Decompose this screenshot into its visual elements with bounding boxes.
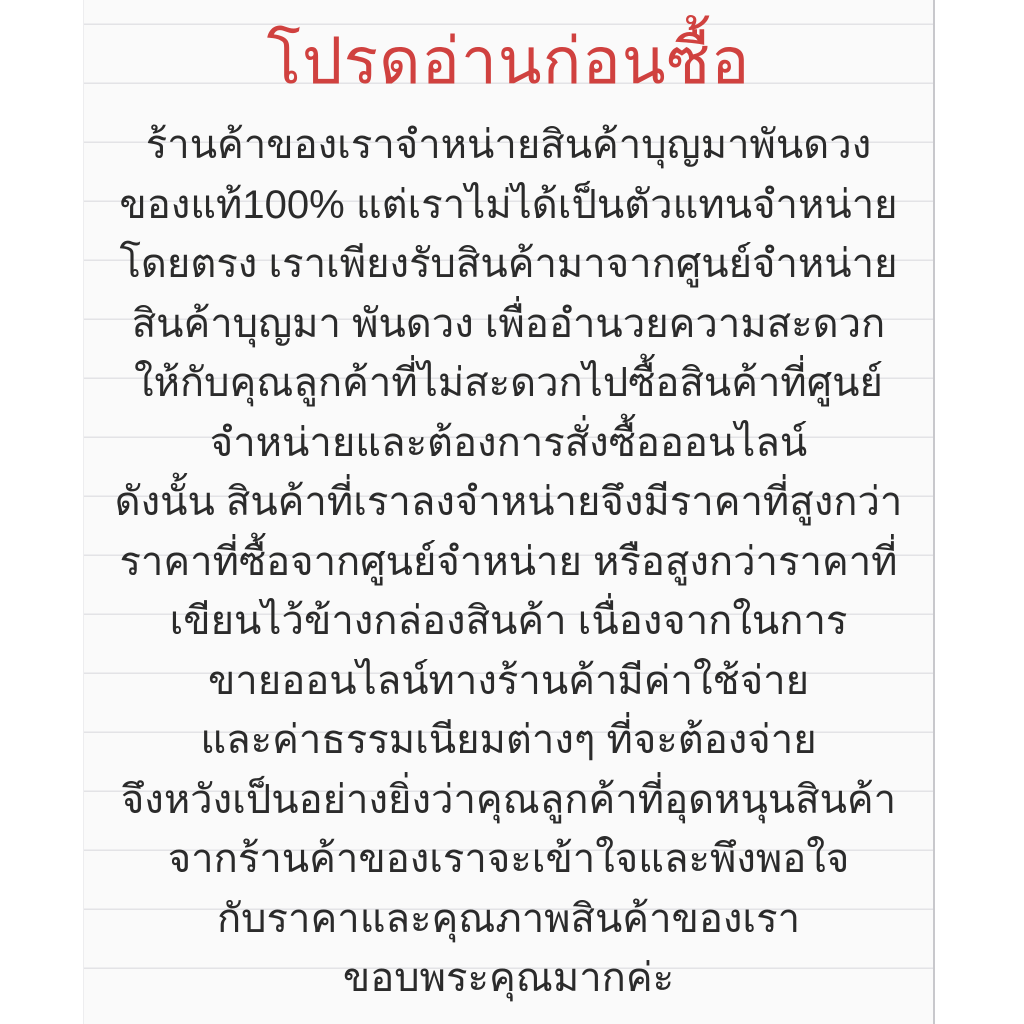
notice-line: ให้กับคุณลูกค้าที่ไม่สะดวกไปซื้อสินค้าที… <box>84 354 933 414</box>
notice-line: ดังนั้น สินค้าที่เราลงจำหน่ายจึงมีราคาที… <box>84 473 933 533</box>
notice-line: ราคาที่ซื้อจากศูนย์จำหน่าย หรือสูงกว่ารา… <box>84 533 933 593</box>
notice-line: สินค้าบุญมา พันดวง เพื่ออำนวยความสะดวก <box>84 295 933 355</box>
notice-title: โปรดอ่านก่อนซื้อ <box>84 0 933 116</box>
notice-line: ขอบพระคุณมากค่ะ <box>84 949 933 1009</box>
notice-line: ขายออนไลน์ทางร้านค้ามีค่าใช้จ่าย <box>84 652 933 712</box>
notice-line: จำหน่ายและต้องการสั่งซื้อออนไลน์ <box>84 414 933 474</box>
notice-body: ร้านค้าของเราจำหน่ายสินค้าบุญมาพันดวง ขอ… <box>84 116 933 1009</box>
notice-line: ร้านค้าของเราจำหน่ายสินค้าบุญมาพันดวง <box>84 116 933 176</box>
notice-line: จึงหวังเป็นอย่างยิ่งว่าคุณลูกค้าที่อุดหน… <box>84 771 933 831</box>
notice-line: จากร้านค้าของเราจะเข้าใจและพึงพอใจ <box>84 830 933 890</box>
notice-line: ของแท้100% แต่เราไม่ได้เป็นตัวแทนจำหน่าย <box>84 176 933 236</box>
notice-content: โปรดอ่านก่อนซื้อ ร้านค้าของเราจำหน่ายสิน… <box>84 0 933 1009</box>
ruled-paper-background: โปรดอ่านก่อนซื้อ ร้านค้าของเราจำหน่ายสิน… <box>83 0 935 1024</box>
notice-line: และค่าธรรมเนียมต่างๆ ที่จะต้องจ่าย <box>84 711 933 771</box>
notice-line: โดยตรง เราเพียงรับสินค้ามาจากศูนย์จำหน่า… <box>84 235 933 295</box>
notice-line: กับราคาและคุณภาพสินค้าของเรา <box>84 890 933 950</box>
notice-line: เขียนไว้ข้างกล่องสินค้า เนื่องจากในการ <box>84 592 933 652</box>
notice-image: โปรดอ่านก่อนซื้อ ร้านค้าของเราจำหน่ายสิน… <box>0 0 1024 1024</box>
